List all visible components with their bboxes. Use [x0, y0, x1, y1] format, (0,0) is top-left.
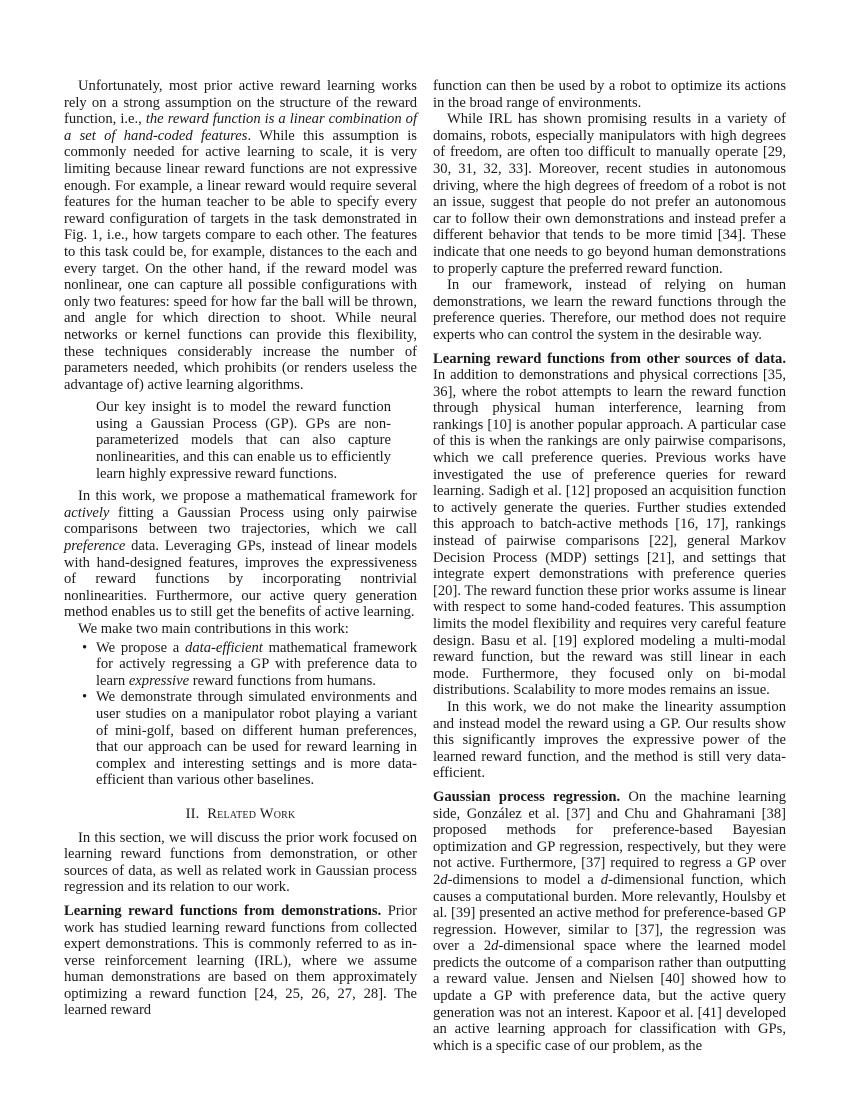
paragraph-other-sources: Learning reward functions from other sou…: [433, 351, 786, 699]
text-run: -dimensional space where the learned mod…: [433, 938, 786, 1054]
right-column: function can then be used by a robot to …: [433, 78, 786, 1054]
contributions-list: •We propose a data-efficient mathematica…: [64, 640, 417, 789]
paragraph-related-intro: In this section, we will discuss the pri…: [64, 830, 417, 896]
paragraph-continued: function can then be used by a robot to …: [433, 78, 786, 111]
runin-heading: Learning reward functions from other sou…: [433, 351, 786, 367]
key-insight-quote: Our key insight is to model the reward f…: [96, 399, 391, 482]
text-run: In addition to demonstrations and physic…: [433, 367, 786, 698]
contribution-item: •We demonstrate through simulated enviro…: [64, 689, 417, 789]
runin-heading: Gaussian process regression.: [433, 789, 620, 805]
emphasis-actively: actively: [64, 505, 109, 521]
bullet-icon: •: [82, 640, 87, 657]
contributions-intro: We make two main contributions in this w…: [64, 621, 417, 638]
section-number: II.: [186, 806, 200, 822]
text-run: fitting a Gaussian Process using only pa…: [64, 505, 417, 538]
paragraph-proposal: In this work, we propose a mathematical …: [64, 488, 417, 621]
runin-heading: Learning reward functions from demonstra…: [64, 903, 381, 919]
paragraph-no-linearity: In this work, we do not make the lineari…: [433, 699, 786, 782]
emphasis-expressive: expressive: [129, 673, 189, 689]
text-run: Prior work has studied learning reward f…: [64, 903, 417, 1019]
left-column: Unfortunately, most prior active reward …: [64, 78, 417, 1019]
text-run: We propose a: [96, 640, 185, 656]
paragraph-our-framework: In our framework, instead of relying on …: [433, 277, 786, 343]
text-run: . While this assumption is commonly need…: [64, 128, 417, 393]
emphasis-preference: preference: [64, 538, 125, 554]
text-run: -dimensions to model a: [448, 872, 601, 888]
math-d: d: [601, 872, 608, 888]
math-d: d: [440, 872, 447, 888]
section-title: Related Work: [207, 806, 295, 822]
text-run: reward functions from humans.: [189, 673, 376, 689]
paragraph-learning-from-demos: Learning reward functions from demonstra…: [64, 903, 417, 1019]
paragraph-linear-assumption: Unfortunately, most prior active reward …: [64, 78, 417, 393]
paragraph-irl-limits: While IRL has shown promising results in…: [433, 111, 786, 277]
bullet-icon: •: [82, 689, 87, 706]
text-run: In this work, we propose a mathematical …: [78, 488, 417, 504]
contribution-item: •We propose a data-efficient mathematica…: [64, 640, 417, 690]
paragraph-gp-regression: Gaussian process regression. On the mach…: [433, 789, 786, 1055]
section-heading-related-work: II. Related Work: [64, 806, 417, 823]
text-run: We demonstrate through simulated environ…: [96, 689, 417, 788]
emphasis-data-efficient: data-efficient: [185, 640, 263, 656]
